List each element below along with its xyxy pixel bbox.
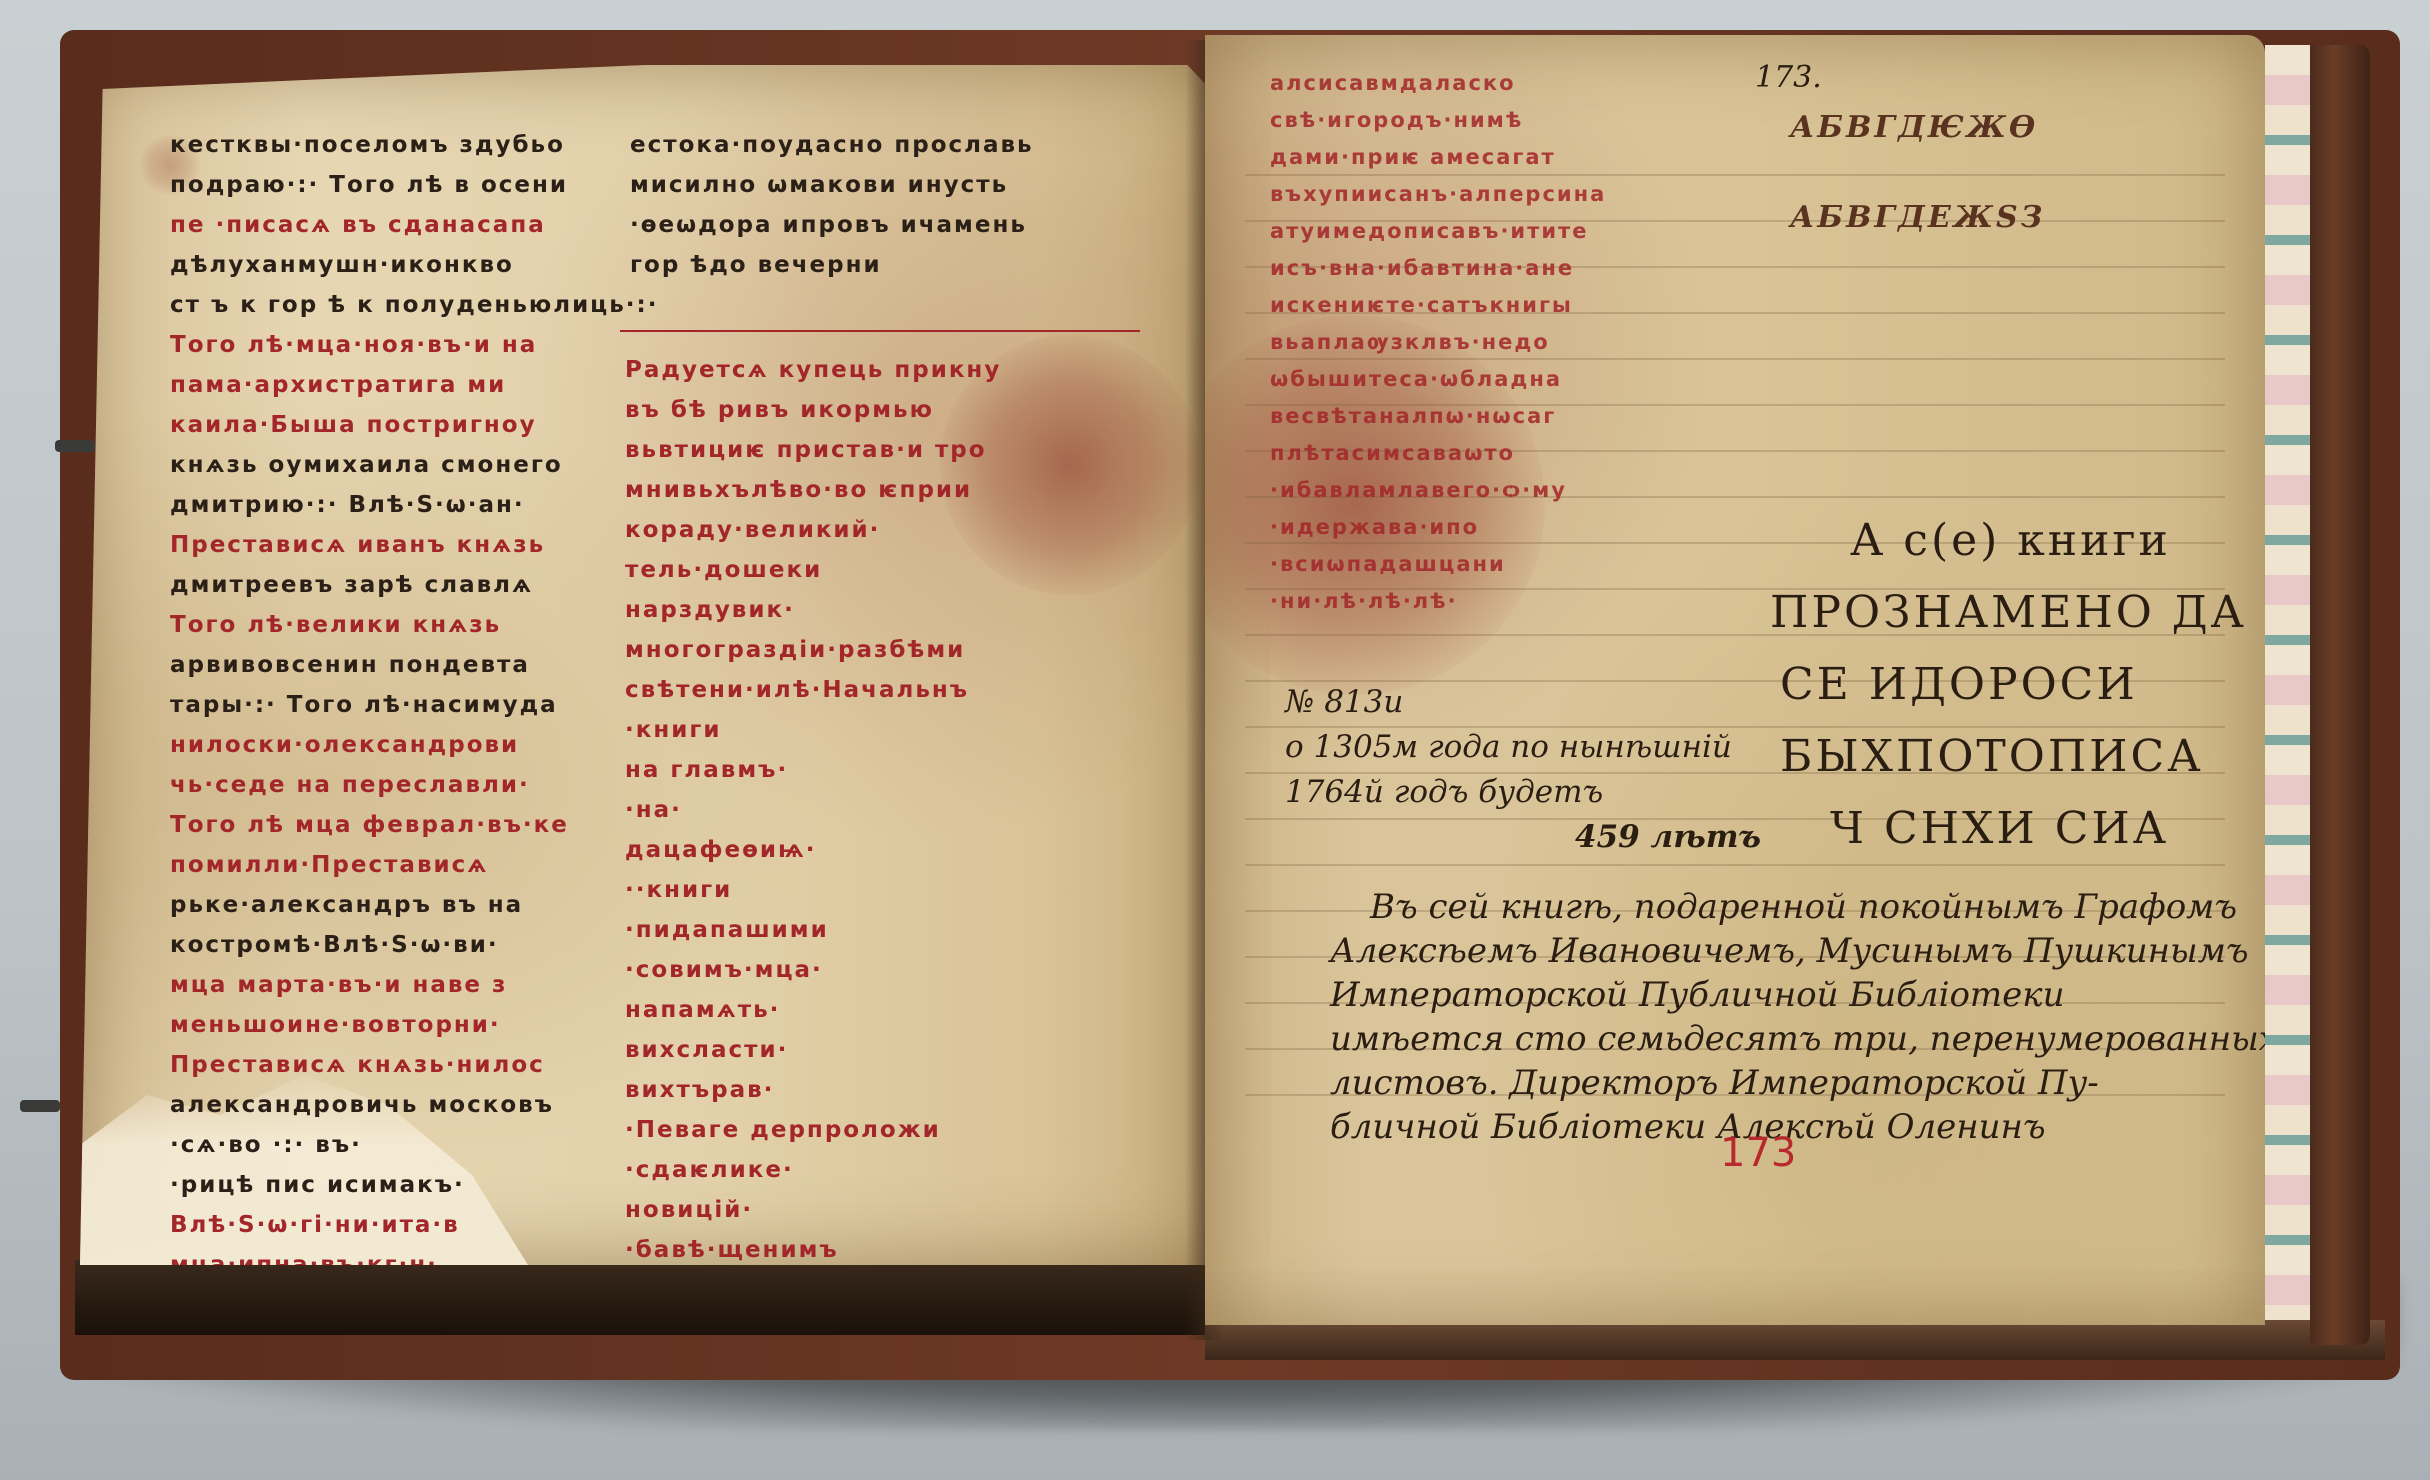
clasp-pin-icon — [20, 1100, 60, 1112]
left-page: кестквы·поселомъ здубьо подраю·:· Того л… — [80, 65, 1210, 1265]
red-headpiece-rule — [620, 330, 1140, 332]
manuscript-column-2-red: Радуетсѧ купець прикну въ бѣ ривъ икормь… — [625, 350, 1001, 1265]
manuscript-column-1: кестквы·поселомъ здубьо подраю·:· Того л… — [170, 125, 658, 1265]
left-text-block-edge — [75, 1260, 1205, 1335]
marbled-endpaper-edge — [2265, 45, 2310, 1320]
library-inscription: Въ сей книгѣ, подаренной покойнымъ Графо… — [1330, 885, 2301, 1149]
red-folio-stamp: 173 — [1720, 1130, 1796, 1176]
faded-red-column: алсисавмдаласко свѣ·игородъ·нимѣ дами·пр… — [1270, 65, 1606, 620]
right-cover-edge — [2310, 45, 2370, 1345]
folio-number: 173. — [1755, 60, 1822, 95]
right-text-block-edge — [1205, 1320, 2385, 1360]
manuscript-column-2: естока·поудасно прославь мисилно ѡмакови… — [630, 125, 1034, 285]
archival-note: № 813и о 1305м года по нынѣшнiй 1764й го… — [1285, 680, 1761, 860]
alphabet-line-2: АБВГДЕЖЅЗ — [1790, 200, 2045, 235]
alphabet-line-1: АБВГДѤЖѲ — [1790, 110, 2038, 145]
clasp-pin-icon — [55, 440, 95, 452]
